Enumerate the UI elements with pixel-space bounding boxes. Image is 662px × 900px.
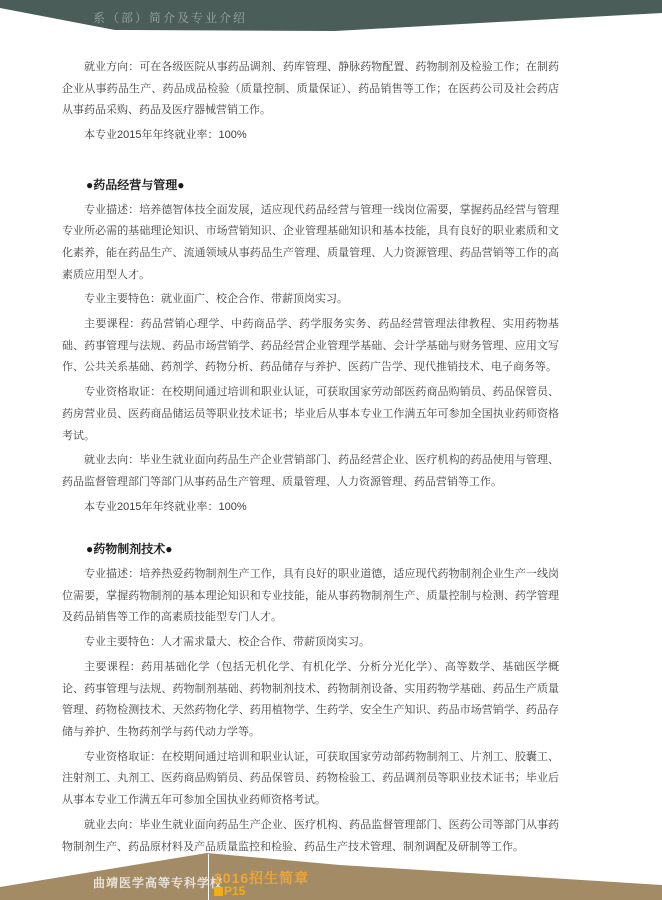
brochure-page: 系（部）简介及专业介绍 就业方向：可在各级医院从事药品调剂、药库管理、静脉药物配… [0, 0, 662, 900]
paragraph-certificates-2: 专业资格取证：在校期间通过培训和职业认证，可获取国家劳动部药物制剂工、片剂工、胶… [62, 747, 559, 812]
paragraph-employment-destination-2: 就业去向：毕业生就业面向药品生产企业、医疗机构、药品监督管理部门、医药公司等部门… [62, 815, 559, 858]
paragraph-main-courses-2: 主要课程：药用基础化学（包括无机化学、有机化学、分析分光化学）、高等数学、基础医… [62, 657, 559, 744]
page-body: 就业方向：可在各级医院从事药品调剂、药库管理、静脉药物配置、药物制剂及检验工作；… [62, 57, 559, 861]
section-title-drug-management: ●药品经营与管理● [62, 175, 559, 197]
paragraph-major-features-2: 专业主要特色：人才需求量大、校企合作、带薪顶岗实习。 [62, 632, 559, 654]
page-number-label: P15 [224, 884, 245, 898]
footer-school-name: 曲靖医学高等专科学校 [93, 874, 223, 891]
footer-page-number: P15 [214, 884, 245, 898]
section-title-pharmaceutical-preparation: ●药物制剂技术● [62, 539, 559, 561]
paragraph-major-description: 专业描述：培养德智体技全面发展，适应现代药品经营与管理一线岗位需要，掌握药品经营… [62, 200, 559, 287]
paragraph-major-features: 专业主要特色：就业面广、校企合作、带薪顶岗实习。 [62, 289, 559, 311]
paragraph-certificates: 专业资格取证：在校期间通过培训和职业认证，可获取国家劳动部医药商品购销员、药品保… [62, 382, 559, 447]
paragraph-employment-destination: 就业去向：毕业生就业面向药品生产企业营销部门、药品经营企业、医疗机构的药品使用与… [62, 450, 559, 493]
paragraph-employment-direction: 就业方向：可在各级医院从事药品调剂、药库管理、静脉药物配置、药物制剂及检验工作；… [62, 57, 559, 122]
page-title: 系（部）简介及专业介绍 [93, 9, 247, 26]
page-square-icon [214, 887, 223, 896]
paragraph-main-courses: 主要课程：药品营销心理学、中药商品学、药学服务实务、药品经营管理法律教程、实用药… [62, 314, 559, 379]
paragraph-employment-rate: 本专业2015年年终就业率：100% [62, 125, 559, 147]
paragraph-major-description-2: 专业描述：培养热爱药物制剂生产工作，具有良好的职业道德，适应现代药物制剂企业生产… [62, 564, 559, 629]
paragraph-employment-rate-2: 本专业2015年年终就业率：100% [62, 497, 559, 519]
